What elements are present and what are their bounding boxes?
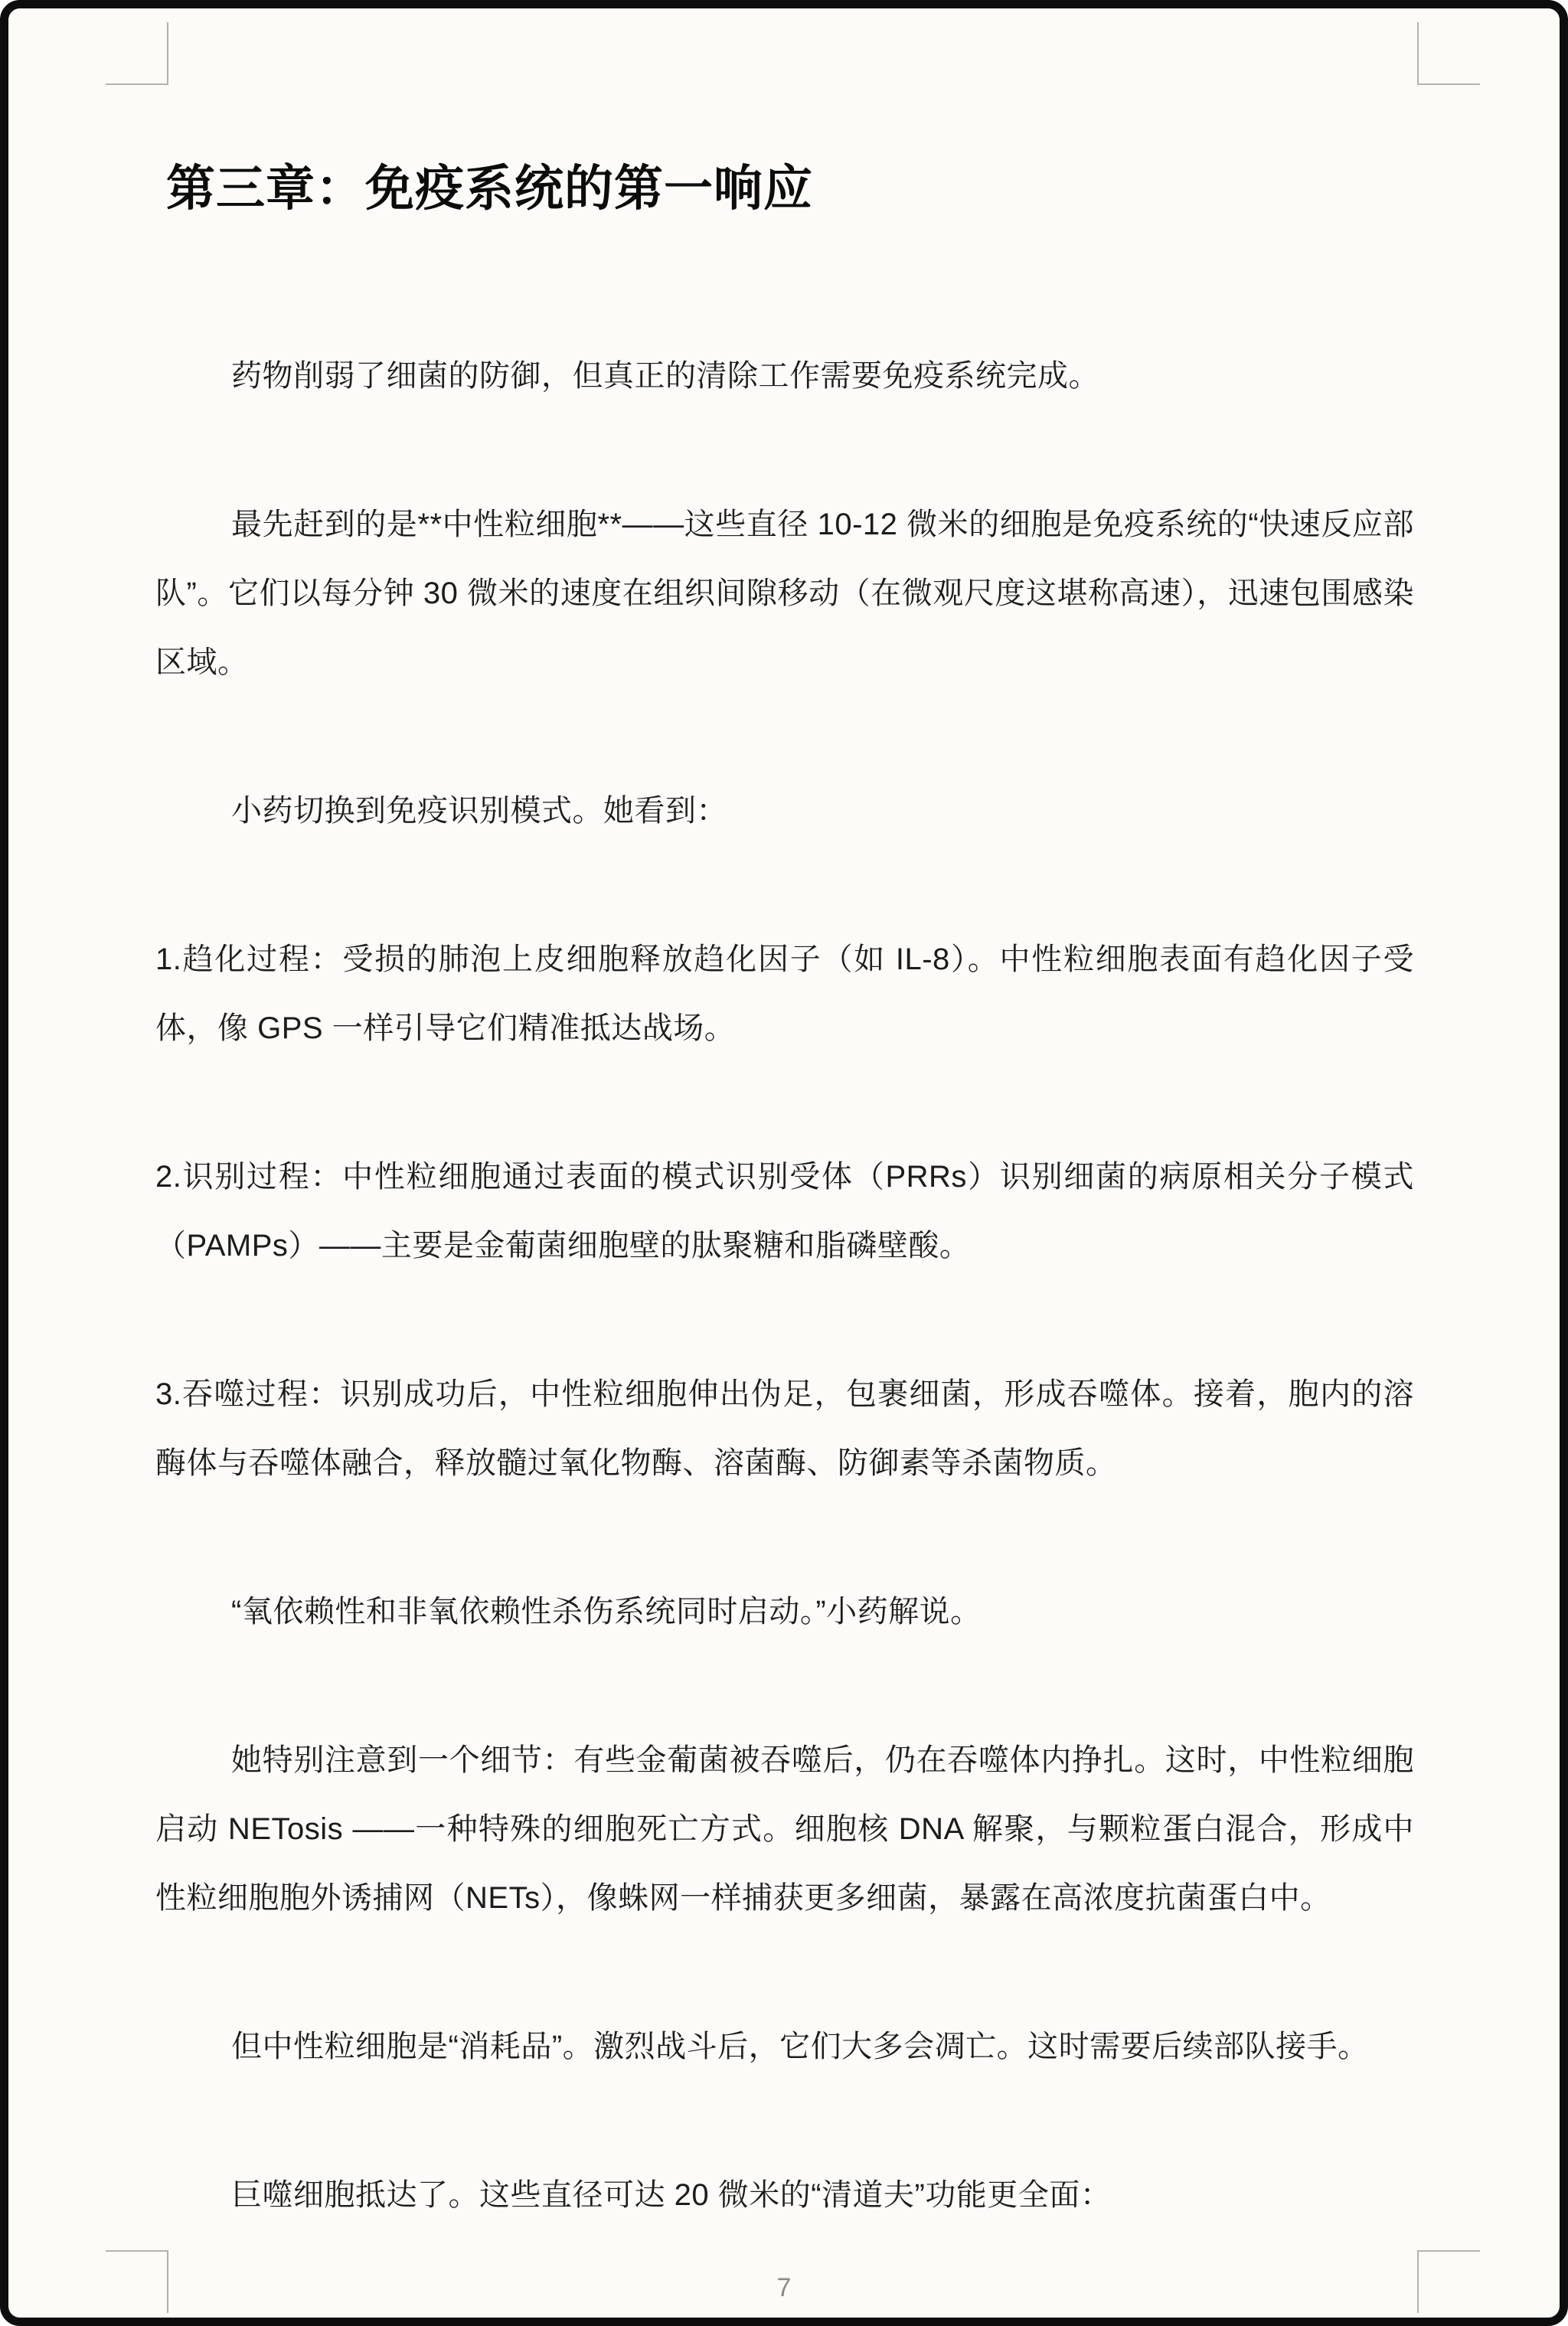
list-item-recognition: 2.识别过程：中性粒细胞通过表面的模式识别受体（PRRs）识别细菌的病原相关分子… <box>155 1142 1414 1280</box>
list-item-chemotaxis: 1.趋化过程：受损的肺泡上皮细胞释放趋化因子（如 IL-8）。中性粒细胞表面有趋… <box>155 925 1414 1063</box>
paragraph-intro: 药物削弱了细菌的防御，但真正的清除工作需要免疫系统完成。 <box>155 341 1414 410</box>
page-content: 第三章：免疫系统的第一响应 药物削弱了细菌的防御，但真正的清除工作需要免疫系统完… <box>8 8 1560 2230</box>
chapter-title: 第三章：免疫系统的第一响应 <box>166 158 1414 219</box>
paragraph-netosis: 她特别注意到一个细节：有些金葡菌被吞噬后，仍在吞噬体内挣扎。这时，中性粒细胞启动… <box>155 1726 1414 1932</box>
document-page: 第三章：免疫系统的第一响应 药物削弱了细菌的防御，但真正的清除工作需要免疫系统完… <box>0 0 1568 2326</box>
paragraph-neutrophils: 最先赶到的是**中性粒细胞**——这些直径 10-12 微米的细胞是免疫系统的“… <box>155 490 1414 697</box>
paragraph-consumables: 但中性粒细胞是“消耗品”。激烈战斗后，它们大多会凋亡。这时需要后续部队接手。 <box>155 2012 1414 2081</box>
paragraph-mode-switch: 小药切换到免疫识别模式。她看到： <box>155 776 1414 845</box>
paragraph-quote: “氧依赖性和非氧依赖性杀伤系统同时启动。”小药解说。 <box>155 1577 1414 1646</box>
paragraph-macrophages: 巨噬细胞抵达了。这些直径可达 20 微米的“清道夫”功能更全面： <box>155 2161 1414 2230</box>
list-item-phagocytosis: 3.吞噬过程：识别成功后，中性粒细胞伸出伪足，包裹细菌，形成吞噬体。接着，胞内的… <box>155 1360 1414 1498</box>
page-number: 7 <box>8 2273 1560 2303</box>
